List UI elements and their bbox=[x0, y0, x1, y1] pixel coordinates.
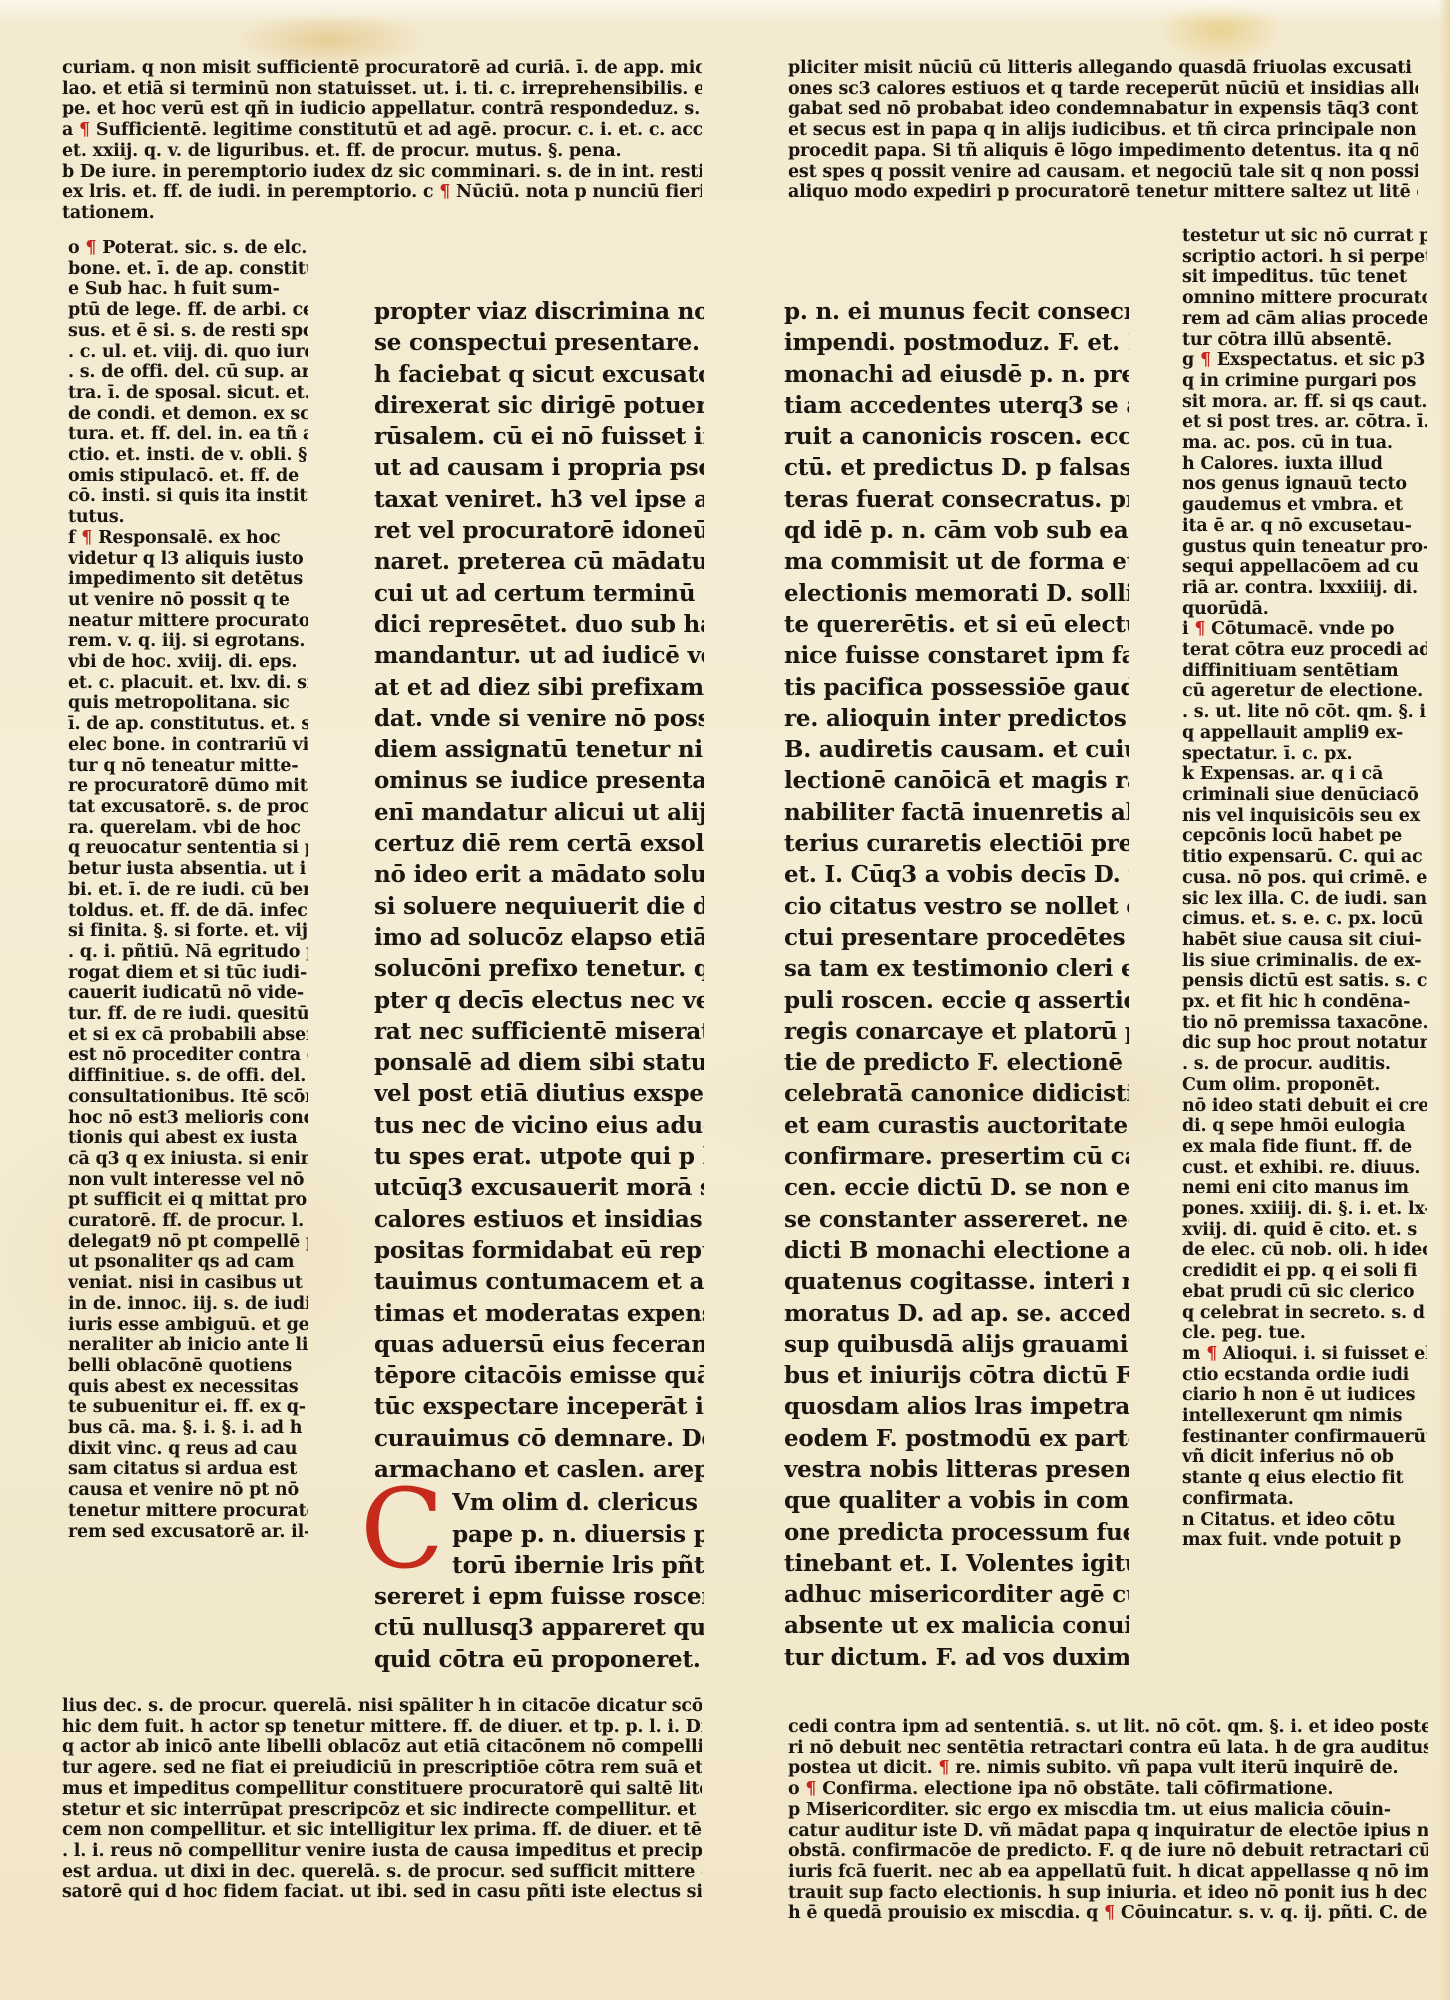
gloss-line: est spes q possit venire ad causam. et n… bbox=[788, 162, 1418, 183]
gloss-line: rem ad cām alias procede bbox=[1182, 309, 1427, 330]
text-line: rūsalem. cū ei nō fuisset iniūctū bbox=[374, 421, 704, 452]
gloss-line: curiam. q non misit sufficientē procurat… bbox=[62, 58, 702, 79]
rubric-pilcrow-icon: ¶ bbox=[439, 182, 450, 202]
text-line: p. n. ei munus fecit consecrationis bbox=[784, 296, 1129, 327]
gloss-line: cle. peg. tue. bbox=[1182, 1323, 1427, 1344]
gloss-line: a ¶ Sufficientē. legitime constitutū et … bbox=[62, 120, 702, 141]
gloss-line: o ¶ Poterat. sic. s. de elc. bbox=[68, 238, 308, 259]
rubric-pilcrow-icon: ¶ bbox=[1104, 1903, 1115, 1923]
text-line: curauimus cō demnare. De bbox=[374, 1423, 704, 1454]
red-initial-c: C bbox=[360, 1483, 444, 1575]
gloss-line: sus. et ē si. s. de resti spol. bbox=[68, 321, 308, 342]
gloss-line: h Calores. iuxta illud bbox=[1182, 454, 1427, 475]
gloss-line: pensis dictū est satis. s. c. bbox=[1182, 971, 1427, 992]
text-line: ominus se iudice presentaē. Si bbox=[374, 765, 704, 796]
gloss-line: rem. v. q. iij. si egrotans. bbox=[68, 631, 308, 652]
gloss-line: . s. de offi. del. cū sup. ar. cō bbox=[68, 362, 308, 383]
text-line: ut ad causam i propria psona dū bbox=[374, 452, 704, 483]
gloss-line: et. xxiij. q. v. de liguribus. et. ff. d… bbox=[62, 141, 702, 162]
gloss-line: tur. ff. de re iudi. quesitū. bbox=[68, 1004, 308, 1025]
rubric-pilcrow-icon: ¶ bbox=[805, 1779, 816, 1799]
gloss-line: vbi de hoc. xviij. di. eps. bbox=[68, 652, 308, 673]
rubric-pilcrow-icon: ¶ bbox=[81, 528, 92, 548]
text-line: B. audiretis causam. et cuius e- bbox=[784, 734, 1129, 765]
gloss-line: sit mora. ar. ff. si qs caut. bbox=[1182, 392, 1427, 413]
gloss-line: pones. xxiiij. di. §. i. et. lx- bbox=[1182, 1199, 1427, 1220]
gloss-line: et si post tres. ar. cōtra. ī. q bbox=[1182, 412, 1427, 433]
gloss-line: q actor ab inicō ante libelli oblacōz au… bbox=[62, 1737, 702, 1758]
gloss-line: neraliter ab inicio ante li bbox=[68, 1335, 308, 1356]
gloss-line: o ¶ Confirma. electione ipa nō obstāte. … bbox=[788, 1779, 1428, 1800]
text-line: quosdam alios lras impetrauit bbox=[784, 1391, 1129, 1422]
gloss-line: trauit sup facto electionis. h sup iniur… bbox=[788, 1883, 1428, 1904]
gloss-line: causa et venire nō pt nō bbox=[68, 1480, 308, 1501]
gloss-line: gaudemus et vmbra. et bbox=[1182, 495, 1427, 516]
gloss-line: curatorē. ff. de procur. l. i. et bbox=[68, 1211, 308, 1232]
text-line: torū ibernie lris pñtatis se as- bbox=[452, 1550, 704, 1581]
text-line: rat nec sufficientē miserat res- bbox=[374, 1016, 704, 1047]
rubric-pilcrow-icon: ¶ bbox=[79, 120, 90, 140]
gloss-line: procedit papa. Si tñ aliquis ē lōgo impe… bbox=[788, 141, 1418, 162]
text-line: qd idē p. n. cām vob sub ea for- bbox=[784, 515, 1129, 546]
gloss-line: ciario h non ē ut iudices bbox=[1182, 1385, 1427, 1406]
text-line: propter viaz discrimina nostro bbox=[374, 296, 704, 327]
text-line: imo ad solucōz elapso etiā die bbox=[374, 922, 704, 953]
text-line: sa tam ex testimonio cleri et po- bbox=[784, 953, 1129, 984]
gloss-line: et. c. placuit. et. lxv. di. si bbox=[68, 673, 308, 694]
text-line: enī mandatur alicui ut alij ad bbox=[374, 797, 704, 828]
gloss-line: ut psonaliter qs ad cam bbox=[68, 1252, 308, 1273]
gloss-top-right: pliciter misit nūciū cū litteris allegan… bbox=[788, 58, 1418, 203]
gloss-line: lis siue criminalis. de ex- bbox=[1182, 951, 1427, 972]
gloss-line: testetur ut sic nō currat p bbox=[1182, 226, 1427, 247]
gloss-line: ra. querelam. vbi de hoc bbox=[68, 818, 308, 839]
text-line: que qualiter a vobis in comissi bbox=[784, 1485, 1129, 1516]
text-line: direxerat sic dirigē potuerat bbox=[374, 390, 704, 421]
gloss-line: sam citatus si ardua est bbox=[68, 1459, 308, 1480]
gloss-line: pt sufficit ei q mittat pro- bbox=[68, 1190, 308, 1211]
gloss-line: diffinitiue. s. de offi. del. bbox=[68, 1066, 308, 1087]
gloss-line: f ¶ Responsalē. ex hoc bbox=[68, 528, 308, 549]
gloss-line: impedimento sit detētus bbox=[68, 569, 308, 590]
gloss-line: tenetur mittere procurato- bbox=[68, 1501, 308, 1522]
text-line: diem assignatū tenetur nichil bbox=[374, 734, 704, 765]
text-line: tus nec de vicino eius aduen- bbox=[374, 1110, 704, 1141]
gloss-line: si finita. §. si forte. et. vij. bbox=[68, 921, 308, 942]
gloss-line: nos genus ignauū tecto bbox=[1182, 474, 1427, 495]
gloss-line: tionis qui abest ex iusta bbox=[68, 1128, 308, 1149]
gloss-line: stetur et sic interrūpat prescripcōz et … bbox=[62, 1800, 702, 1821]
text-line: si soluere nequiuerit die data. bbox=[374, 891, 704, 922]
gloss-line: ebat prudi cū sic clerico bbox=[1182, 1282, 1427, 1303]
text-line: adhuc misericorditer agē cū bbox=[784, 1579, 1129, 1610]
gloss-line: dixit vinc. q reus ad cau bbox=[68, 1439, 308, 1460]
gloss-line: vñ dicit inferius nō ob bbox=[1182, 1447, 1427, 1468]
text-line: solucōni prefixo tenetur. qua pro- bbox=[374, 953, 704, 984]
gloss-line: satorē qui d hoc fidem faciat. ut ibi. s… bbox=[62, 1882, 702, 1903]
text-line: absente ut ex malicia conuinca- bbox=[784, 1610, 1129, 1641]
incipit-block: C Vm olim d. clericus C.pape p. n. diuer… bbox=[374, 1487, 704, 1675]
gloss-line: credidit ei pp. q ei soli fi bbox=[1182, 1261, 1427, 1282]
gloss-line: tutus. bbox=[68, 507, 308, 528]
text-line: dicti B monachi electione ali- bbox=[784, 1235, 1129, 1266]
gloss-line: hic dem fuit. h actor sp tenetur mittere… bbox=[62, 1717, 702, 1738]
rubric-pilcrow-icon: ¶ bbox=[85, 238, 96, 258]
gloss-line: . s. ut. lite nō cōt. qm. §. i. h bbox=[1182, 702, 1427, 723]
text-line: electionis memorati D. sollici- bbox=[784, 578, 1129, 609]
text-line: ctū. et predictus D. p falsas lit- bbox=[784, 452, 1129, 483]
gloss-line: q reuocatur sententia si p bbox=[68, 838, 308, 859]
gloss-line: aliquo modo expediri p procuratorē tenet… bbox=[788, 182, 1418, 203]
gloss-line: et secus est in papa q in alijs iudicibu… bbox=[788, 120, 1418, 141]
gloss-line: belli oblacōnē quotiens bbox=[68, 1356, 308, 1377]
gloss-line: stante q eius electio fit bbox=[1182, 1468, 1427, 1489]
gloss-line: tationem. bbox=[62, 203, 702, 224]
gloss-line: et si ex cā probabili absens bbox=[68, 1025, 308, 1046]
gloss-line: quis abest ex necessitas bbox=[68, 1377, 308, 1398]
gloss-line: gabat sed nō probabat ideo condemnabatur… bbox=[788, 99, 1418, 120]
text-line: ctū nullusq3 appareret qui ali bbox=[374, 1612, 704, 1643]
gloss-line: non vult interesse vel nō bbox=[68, 1170, 308, 1191]
gloss-line: k Expensas. ar. q i cā bbox=[1182, 764, 1427, 785]
text-line: pape p. n. diuersis pla- bbox=[452, 1519, 704, 1550]
gloss-line: m ¶ Alioqui. i. si fuisset ele bbox=[1182, 1344, 1427, 1365]
gloss-line: cem non compellitur. et sic intelligitur… bbox=[62, 1820, 702, 1841]
gloss-line: p Misericorditer. sic ergo ex miscdia tm… bbox=[788, 1800, 1428, 1821]
gloss-line: nō ideo stati debuit ei cre bbox=[1182, 1096, 1427, 1117]
gloss-line: tat excusatorē. s. de procu- bbox=[68, 797, 308, 818]
text-line: cui ut ad certum terminū se iu bbox=[374, 578, 704, 609]
gloss-line: ctio ecstanda ordie iudi bbox=[1182, 1365, 1427, 1386]
gloss-line: omnino mittere procurato bbox=[1182, 288, 1427, 309]
gloss-line: est nō procediter contra eum bbox=[68, 1045, 308, 1066]
gloss-line: ita ē ar. q nō excusetau- bbox=[1182, 516, 1427, 537]
gloss-line: terat cōtra euz procedi ad bbox=[1182, 640, 1427, 661]
gloss-line: postea ut dicit. ¶ re. nimis subito. vñ … bbox=[788, 1758, 1428, 1779]
gloss-line: cā q3 q ex iniusta. si enim bbox=[68, 1149, 308, 1170]
rubric-pilcrow-icon: ¶ bbox=[1194, 619, 1205, 639]
gloss-line: ones sc3 calores estiuos et q tarde rece… bbox=[788, 79, 1418, 100]
text-line: tauimus contumacem et ad legi bbox=[374, 1266, 704, 1297]
gloss-line: rem sed excusatorē ar. il- bbox=[68, 1522, 308, 1543]
gloss-line: veniat. nisi in casibus ut bbox=[68, 1273, 308, 1294]
gloss-line: bi. et. ī. de re iudi. cū bers bbox=[68, 880, 308, 901]
text-line: se constanter assereret. nec de p- bbox=[784, 1204, 1129, 1235]
gloss-line: titio expensarū. C. qui ac bbox=[1182, 847, 1427, 868]
text-line: utcūq3 excusauerit morā suā et bbox=[374, 1172, 704, 1203]
text-line: teras fuerat consecratus. propter bbox=[784, 484, 1129, 515]
text-line: dat. vnde si venire nō possit ad bbox=[374, 703, 704, 734]
gloss-line: lius dec. s. de procur. querelā. nisi sp… bbox=[62, 1696, 702, 1717]
gloss-line: tra. ī. de sposal. sicut. et. ff. bbox=[68, 383, 308, 404]
text-line: calores estiuos et insidias sibi bbox=[374, 1204, 704, 1235]
text-line: naret. preterea cū mādatur ali- bbox=[374, 546, 704, 577]
text-line: celebratā canonice didicistis. bbox=[784, 1078, 1129, 1109]
text-line: regis conarcaye et platorū prui- bbox=[784, 1016, 1129, 1047]
gloss-line: n Citatus. et ideo cōtu bbox=[1182, 1510, 1427, 1531]
gloss-line: max fuit. vnde potuit p bbox=[1182, 1530, 1427, 1551]
gloss-line: re procuratorē dūmo mit- bbox=[68, 776, 308, 797]
gloss-line: ctio. et. insti. de v. obli. §. bbox=[68, 445, 308, 466]
gloss-line: ut venire nō possit q te bbox=[68, 590, 308, 611]
text-line: vestra nobis litteras presentāte bbox=[784, 1454, 1129, 1485]
gloss-line: nis vel inquisicōis seu ex bbox=[1182, 806, 1427, 827]
gloss-line: cimus. et. s. e. c. px. locū bbox=[1182, 909, 1427, 930]
gloss-line: b De iure. in peremptorio iudex dz sic c… bbox=[62, 162, 702, 183]
rubric-pilcrow-icon: ¶ bbox=[938, 1758, 949, 1778]
gloss-line: toldus. et. ff. de dā. infec. bbox=[68, 901, 308, 922]
gloss-line: hoc nō est3 melioris condi- bbox=[68, 1108, 308, 1129]
text-line: dici represētet. duo sub hac forma bbox=[374, 609, 704, 640]
gloss-line: ptū de lege. ff. de arbi. cel- bbox=[68, 300, 308, 321]
text-line: confirmare. presertim cū caplm ros- bbox=[784, 1141, 1129, 1172]
gloss-line: ex mala fide fiunt. ff. de bbox=[1182, 1137, 1427, 1158]
gloss-line: de elec. cū nob. oli. h ideo bbox=[1182, 1240, 1427, 1261]
gloss-line: ex lris. et. ff. de iudi. in peremptorio… bbox=[62, 182, 702, 203]
gloss-line: xviij. di. quid ē cito. et. s bbox=[1182, 1220, 1427, 1241]
text-line: vel post etiā diutius exspecta- bbox=[374, 1078, 704, 1109]
gloss-line: catur auditur iste D. vñ mādat papa q in… bbox=[788, 1821, 1428, 1842]
gloss-line: ī. de ap. constitutus. et. s. de bbox=[68, 714, 308, 735]
gloss-line: betur iusta absentia. ut i bbox=[68, 859, 308, 880]
gloss-line: consultationibus. Itē scōm bbox=[68, 1087, 308, 1108]
gloss-line: scriptio actori. h si perpetuo bbox=[1182, 247, 1427, 268]
text-line: tēpore citacōis emisse quā ex bbox=[374, 1360, 704, 1391]
gloss-line: i ¶ Cōtumacē. vnde po bbox=[1182, 619, 1427, 640]
gloss-line: videtur q l3 aliquis iusto bbox=[68, 549, 308, 570]
gloss-line: . l. i. reus nō compellitur venire iusta… bbox=[62, 1841, 702, 1862]
gloss-line: rogat diem et si tūc iudi- bbox=[68, 963, 308, 984]
text-line: tinebant et. I. Volentes igitur bbox=[784, 1548, 1129, 1579]
gloss-line: . q. i. pñtiū. Nā egritudo p bbox=[68, 942, 308, 963]
gloss-line: px. et fit hic h condēna- bbox=[1182, 992, 1427, 1013]
gloss-line: cō. insti. si quis ita institu bbox=[68, 486, 308, 507]
text-line: pter q decīs electus nec vene bbox=[374, 985, 704, 1016]
gloss-line: sequi appellacōem ad cu bbox=[1182, 557, 1427, 578]
text-line: one predicta processum fuerat cō bbox=[784, 1517, 1129, 1548]
text-line: monachi ad eiusdē p. n. presen- bbox=[784, 359, 1129, 390]
gloss-line: nemi eni cito manus im bbox=[1182, 1178, 1427, 1199]
gloss-line: iuris esse ambiguū. et ge- bbox=[68, 1315, 308, 1336]
gloss-line: pe. et hoc verū est qñ in iudicio appell… bbox=[62, 99, 702, 120]
gloss-line: est ardua. ut dixi in dec. querelā. s. d… bbox=[62, 1862, 702, 1883]
text-line: taxat veniret. h3 vel ipse accede bbox=[374, 484, 704, 515]
text-line: re. alioquin inter predictos F. et bbox=[784, 703, 1129, 734]
text-line: positas formidabat eū repu- bbox=[374, 1235, 704, 1266]
rubric-pilcrow-icon: ¶ bbox=[1206, 1344, 1217, 1364]
rubric-pilcrow-icon: ¶ bbox=[1200, 350, 1211, 370]
gloss-line: Cum olim. proponēt. bbox=[1182, 1075, 1427, 1096]
text-line: armachano et caslen. arepis. bbox=[374, 1454, 704, 1485]
text-line: cen. eccie dictū D. se non elegis bbox=[784, 1172, 1129, 1203]
text-line: tur dictum. F. ad vos duximus bbox=[784, 1642, 1129, 1673]
text-line: quatenus cogitasse. interi me bbox=[784, 1266, 1129, 1297]
manuscript-leaf: curiam. q non misit sufficientē procurat… bbox=[0, 0, 1450, 2000]
text-line: certuz diē rem certā exsoluat. bbox=[374, 828, 704, 859]
text-line: sereret i epm fuisse roscen. ele- bbox=[374, 1581, 704, 1612]
gloss-line: riā ar. contra. lxxxiiij. di. bbox=[1182, 578, 1427, 599]
text-column-2: p. n. ei munus fecit consecrationisimpen… bbox=[784, 296, 1129, 1673]
gloss-line: in de. innoc. iij. s. de iudi. bbox=[68, 1294, 308, 1315]
text-line: timas et moderatas expensas bbox=[374, 1298, 704, 1329]
gloss-line: tura. et. ff. del. in. ea tñ adie bbox=[68, 424, 308, 445]
gloss-line: . c. ul. et. viij. di. quo iure. et bbox=[68, 342, 308, 363]
gloss-left-column: o ¶ Poterat. sic. s. de elc.bone. et. ī.… bbox=[68, 238, 308, 1542]
gloss-line: q in crimine purgari pos bbox=[1182, 371, 1427, 392]
gloss-line: pliciter misit nūciū cū litteris allegan… bbox=[788, 58, 1418, 79]
text-line: ret vel procuratorē idoneū desti bbox=[374, 515, 704, 546]
gloss-line: tur cōtra illū absentē. bbox=[1182, 330, 1427, 351]
gloss-line: dic sup hoc prout notatur bbox=[1182, 1033, 1427, 1054]
gloss-line: q celebrat in secreto. s. d bbox=[1182, 1303, 1427, 1324]
gloss-right-column: testetur ut sic nō currat pscriptio acto… bbox=[1182, 226, 1427, 1551]
gloss-line: gustus quin teneatur pro- bbox=[1182, 537, 1427, 558]
text-line: et eam curastis auctoritate ap. bbox=[784, 1110, 1129, 1141]
text-line: lectionē canōicā et magis racō bbox=[784, 765, 1129, 796]
gloss-line: ma. ac. pos. cū in tua. bbox=[1182, 433, 1427, 454]
text-line: mandantur. ut ad iudicē veni bbox=[374, 640, 704, 671]
text-line: nō ideo erit a mādato solutus bbox=[374, 859, 704, 890]
gloss-line: diffinitiuam sentētiam bbox=[1182, 661, 1427, 682]
gloss-bottom-left: lius dec. s. de procur. querelā. nisi sp… bbox=[62, 1696, 702, 1903]
gloss-bottom-right: cedi contra ipm ad sententiā. s. ut lit.… bbox=[788, 1717, 1428, 1924]
gloss-line: bone. et. ī. de ap. constitut9. bbox=[68, 259, 308, 280]
gloss-line: sit impeditus. tūc tenet bbox=[1182, 267, 1427, 288]
text-line: tie de predicto F. electionē fuisse bbox=[784, 1047, 1129, 1078]
gloss-line: quorūdā. bbox=[1182, 599, 1427, 620]
text-line: bus et iniurijs cōtra dictū F. et bbox=[784, 1360, 1129, 1391]
gloss-line: cepcōnis locū habet pe bbox=[1182, 826, 1427, 847]
gloss-line: e Sub hac. h fuit sum- bbox=[68, 279, 308, 300]
text-line: te quererētis. et si eū electū cano- bbox=[784, 609, 1129, 640]
gloss-line: habēt siue causa sit ciui- bbox=[1182, 930, 1427, 951]
text-line: se conspectui presentare. sed cōtra bbox=[374, 327, 704, 358]
gloss-line: cust. et exhibi. re. diuus. bbox=[1182, 1158, 1427, 1179]
gloss-line: neatur mittere procurato- bbox=[68, 611, 308, 632]
gloss-line: festinanter confirmauerūt bbox=[1182, 1427, 1427, 1448]
text-line: ma commisit ut de forma et processu bbox=[784, 546, 1129, 577]
text-line: Vm olim d. clericus C. bbox=[452, 1487, 704, 1518]
text-line: h faciebat q sicut excusatorez bbox=[374, 359, 704, 390]
text-line: ruit a canonicis roscen. eccie ele bbox=[784, 421, 1129, 452]
gloss-line: h ē quedā prouisio ex miscdia. q ¶ Cōuin… bbox=[788, 1903, 1428, 1924]
gloss-line: tur agere. sed ne fiat ei preiudiciū in … bbox=[62, 1758, 702, 1779]
gloss-line: cū ageretur de electione. bbox=[1182, 681, 1427, 702]
gloss-line: delegat9 nō pt compellē ptes bbox=[68, 1232, 308, 1253]
text-line: impendi. postmoduz. F. et. B. bbox=[784, 327, 1129, 358]
gloss-line: q appellauit ampli9 ex- bbox=[1182, 723, 1427, 744]
gloss-line: intellexerunt qm nimis bbox=[1182, 1406, 1427, 1427]
text-line: sup quibusdā alijs grauamini bbox=[784, 1329, 1129, 1360]
gloss-line: lao. et etiā si terminū non statuisset. … bbox=[62, 79, 702, 100]
gloss-line: elec bone. in contrariū vide bbox=[68, 735, 308, 756]
text-line: ctui presentare procedētes in cau bbox=[784, 922, 1129, 953]
gloss-line: tur q nō teneatur mitte- bbox=[68, 756, 308, 777]
text-column-1: propter viaz discrimina nostrose conspec… bbox=[374, 296, 704, 1675]
gloss-line: cedi contra ipm ad sententiā. s. ut lit.… bbox=[788, 1717, 1428, 1738]
gloss-line: iuris fcā fuerit. nec ab ea appellatū fu… bbox=[788, 1862, 1428, 1883]
text-line: et. I. Cūq3 a vobis decīs D. ter- bbox=[784, 859, 1129, 890]
text-line: eodem F. postmodū ex parte bbox=[784, 1423, 1129, 1454]
text-line: quas aduersū eius fecerant a bbox=[374, 1329, 704, 1360]
text-line: nabiliter factā inuenretis al- bbox=[784, 797, 1129, 828]
gloss-line: omis stipulacō. et. ff. de bbox=[68, 466, 308, 487]
text-line: quid cōtra eū proponeret. dictus bbox=[374, 1644, 704, 1675]
gloss-line: quis metropolitana. sic bbox=[68, 693, 308, 714]
gloss-line: g ¶ Exspectatus. et sic p3 bbox=[1182, 350, 1427, 371]
gloss-line: . s. de procur. auditis. bbox=[1182, 1054, 1427, 1075]
gloss-line: di. q sepe hmōi eulogia bbox=[1182, 1116, 1427, 1137]
text-line: cio citatus vestro se nollet conspe bbox=[784, 891, 1129, 922]
text-line: at et ad diez sibi prefixam acce- bbox=[374, 672, 704, 703]
gloss-line: mus et impeditus compellitur constituere… bbox=[62, 1779, 702, 1800]
gloss-line: criminali siue denūciacō bbox=[1182, 785, 1427, 806]
text-line: nice fuisse constaret ipm facere- bbox=[784, 640, 1129, 671]
text-line: puli roscen. eccie q assertione bbox=[784, 985, 1129, 1016]
gloss-line: obstā. confirmacōe de predicto. F. q de … bbox=[788, 1841, 1428, 1862]
text-line: moratus D. ad ap. se. accedens bbox=[784, 1298, 1129, 1329]
text-line: terius curaretis electiōi preferre. bbox=[784, 828, 1129, 859]
text-line: tūc exspectare inceperāt ipm bbox=[374, 1391, 704, 1422]
gloss-line: tio nō premissa taxacōne. bbox=[1182, 1013, 1427, 1034]
gloss-line: spectatur. ī. c. px. bbox=[1182, 744, 1427, 765]
text-line: tis pacifica possessiōe gaude- bbox=[784, 672, 1129, 703]
gloss-line: sic lex illa. C. de iudi. san- bbox=[1182, 889, 1427, 910]
gloss-line: cauerit iudicatū nō vide- bbox=[68, 983, 308, 1004]
text-line: tu spes erat. utpote qui p lras bbox=[374, 1141, 704, 1172]
gloss-line: de condi. et demon. ex scrip- bbox=[68, 404, 308, 425]
text-line: ponsalē ad diem sibi statutuz bbox=[374, 1047, 704, 1078]
text-line: tiam accedentes uterq3 se asse- bbox=[784, 390, 1129, 421]
gloss-line: cusa. nō pos. qui crimē. et bbox=[1182, 868, 1427, 889]
gloss-line: confirmata. bbox=[1182, 1489, 1427, 1510]
gloss-line: bus cā. ma. §. i. §. i. ad h bbox=[68, 1418, 308, 1439]
gloss-top-left: curiam. q non misit sufficientē procurat… bbox=[62, 58, 702, 224]
gloss-line: ri nō debuit nec sentētia retractari con… bbox=[788, 1738, 1428, 1759]
gloss-line: te subuenitur ei. ff. ex q- bbox=[68, 1397, 308, 1418]
